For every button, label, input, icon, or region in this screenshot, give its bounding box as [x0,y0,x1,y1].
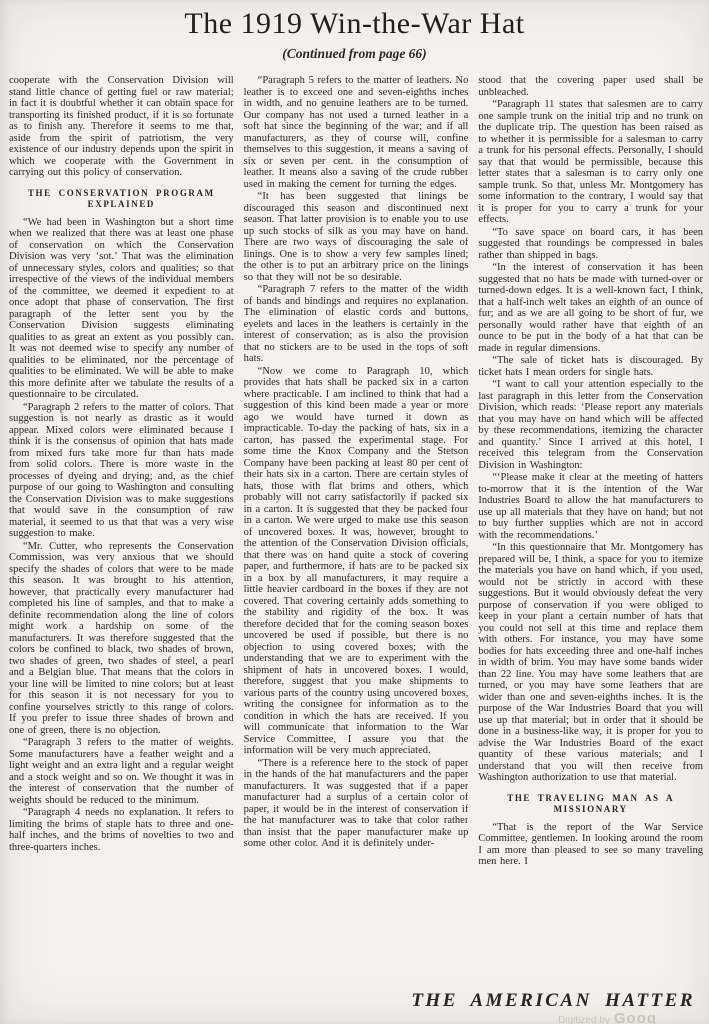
paragraph: stood that the covering paper used shall… [478,75,703,98]
paragraph: “I want to call your attention especiall… [478,379,703,471]
paragraph: “Paragraph 7 refers to the matter of the… [244,284,469,365]
paragraph: “We had been in Washington but a short t… [9,217,234,401]
paragraph: “It has been suggested that linings be d… [244,191,469,283]
article-body: cooperate with the Conservation Division… [0,62,709,1003]
watermark-logo: Goog [614,1010,657,1024]
journal-name: THE AMERICAN HATTER [411,990,695,1012]
paragraph: “Now we come to Paragraph 10, which prov… [244,366,469,757]
paragraph: “The sale of ticket hats is discouraged.… [478,355,703,378]
section-heading: THE CONSERVATION PROGRAM EXPLAINED [9,188,234,211]
paragraph: “In this questionnaire that Mr. Montgome… [478,542,703,784]
article-column-2: “Paragraph 5 refers to the matter of lea… [244,75,469,1003]
paragraph: “There is a reference here to the stock … [244,758,469,850]
paragraph: “‘Please make it clear at the meeting of… [478,472,703,541]
paragraph: “To save space on board cars, it has bee… [478,227,703,262]
continuation-note: (Continued from page 66) [0,46,709,62]
article-column-3: stood that the covering paper used shall… [478,75,703,1003]
watermark-text: Digitized by [558,1015,610,1024]
article-column-1: cooperate with the Conservation Division… [9,75,234,1003]
paragraph: “Paragraph 5 refers to the matter of lea… [244,75,469,190]
section-heading: THE TRAVELING MAN AS A MISSIONARY [478,793,703,816]
paragraph: “Paragraph 11 states that salesmen are t… [478,99,703,226]
paragraph: cooperate with the Conservation Division… [9,75,234,179]
masthead: The 1919 Win-the-War Hat (Continued from… [0,0,709,62]
paragraph: “In the interest of conservation it has … [478,262,703,354]
scanned-magazine-page: The 1919 Win-the-War Hat (Continued from… [0,0,709,1024]
page-title: The 1919 Win-the-War Hat [0,7,709,41]
paragraph: “Paragraph 3 refers to the matter of wei… [9,737,234,806]
digitization-watermark: Digitized by Goog [558,1010,657,1024]
paragraph: “Paragraph 2 refers to the matter of col… [9,402,234,540]
paragraph: “Mr. Cutter, who represents the Conserva… [9,541,234,737]
paragraph: “That is the report of the War Service C… [478,822,703,868]
paragraph: “Paragraph 4 needs no explanation. It re… [9,807,234,853]
